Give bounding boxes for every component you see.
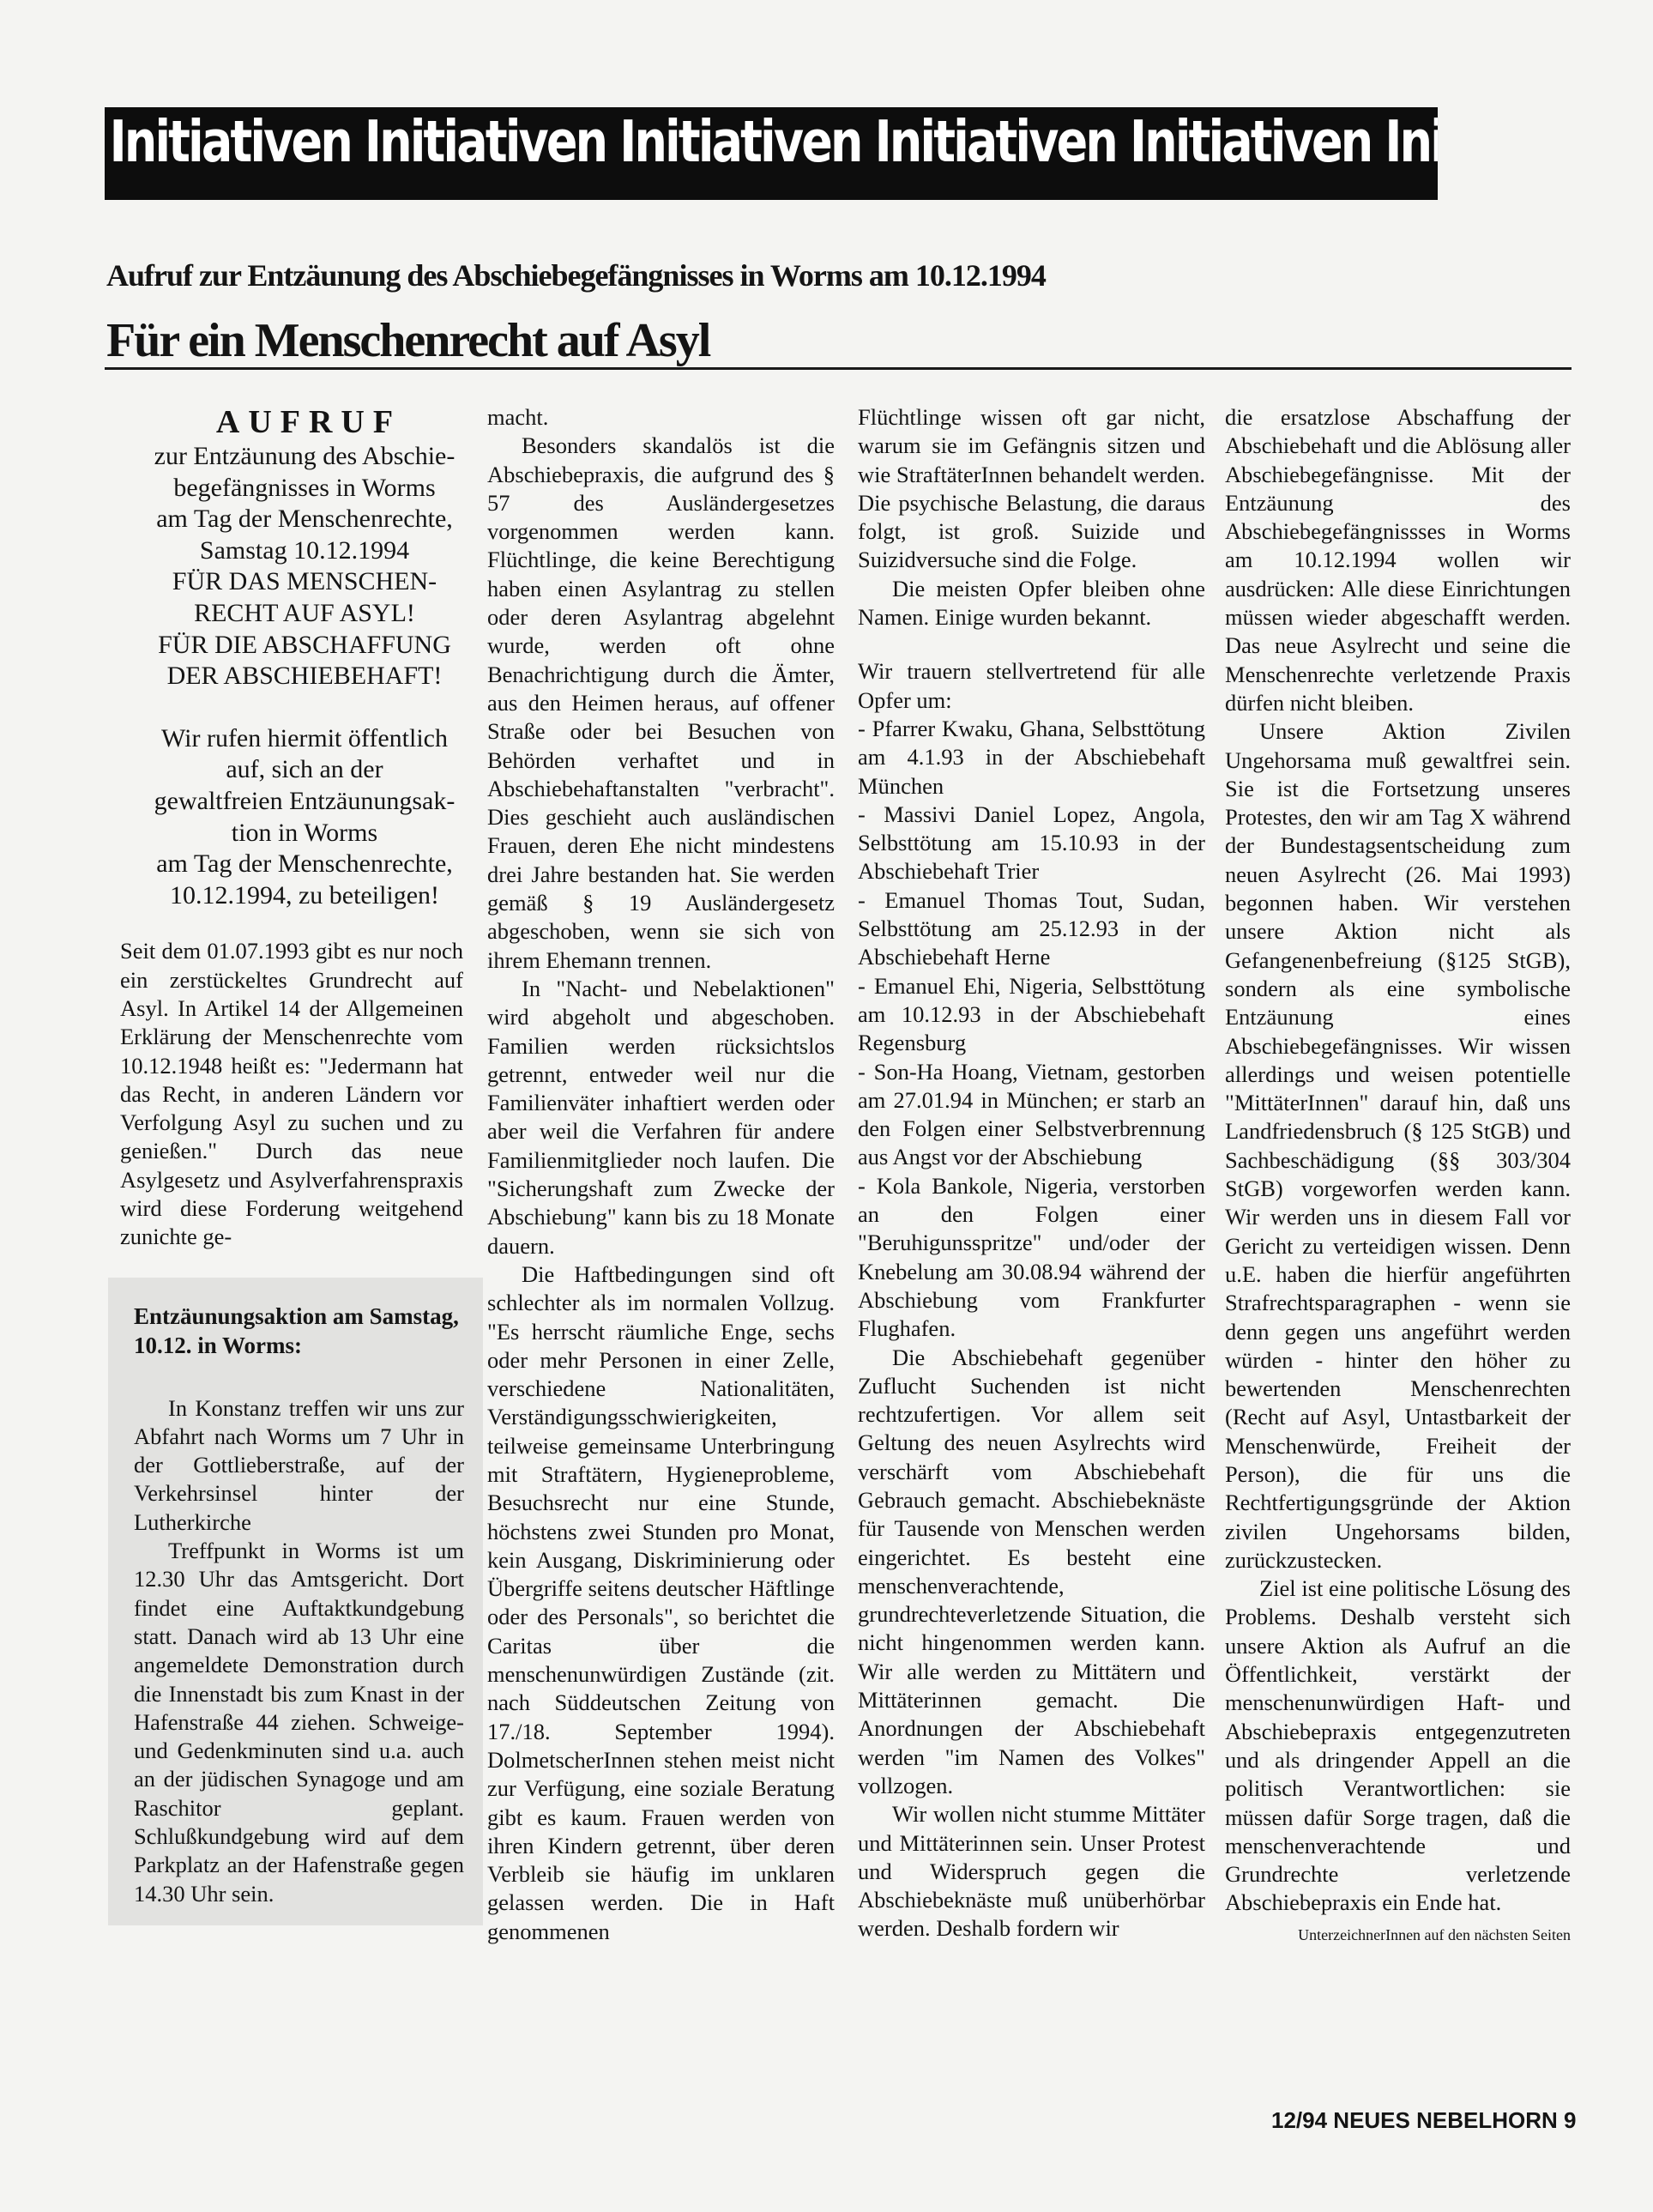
info-paragraph: Treffpunkt in Worms ist um 12.30 Uhr das… bbox=[134, 1537, 464, 1908]
aufruf-line: DER ABSCHIEBEHAFT! bbox=[146, 661, 463, 692]
aufruf-line: FÜR DIE ABSCHAFFUNG bbox=[146, 630, 463, 662]
body-paragraph: Die Haftbedingungen sind oft schlechter … bbox=[487, 1260, 835, 1946]
victim-item: - Kola Bankole, Nigeria, verstorben an d… bbox=[858, 1172, 1205, 1344]
body-paragraph: Die Abschiebehaft gegenüber Zuflucht Suc… bbox=[858, 1344, 1205, 1801]
body-paragraph: Wir wollen nicht stumme Mittäter und Mit… bbox=[858, 1800, 1205, 1943]
aufruf-line: begefängnisses in Worms bbox=[146, 473, 463, 505]
call-line: gewaltfreien Entzäunungsak- bbox=[146, 786, 463, 818]
body-paragraph: In "Nacht- und Nebelaktionen" wird abgeh… bbox=[487, 975, 835, 1260]
aufruf-line: Samstag 10.12.1994 bbox=[146, 535, 463, 567]
column-3: Flüchtlinge wissen oft gar nicht, warum … bbox=[858, 403, 1205, 1943]
spacer bbox=[146, 692, 463, 723]
signers-note: UnterzeichnerInnen auf den nächsten Seit… bbox=[1225, 1921, 1571, 1949]
aufruf-line: zur Entzäunung des Abschie- bbox=[146, 441, 463, 473]
call-line: Wir rufen hiermit öffentlich bbox=[146, 723, 463, 755]
info-box: Entzäunungsaktion am Samstag, 10.12. in … bbox=[108, 1278, 483, 1925]
victim-item: - Emanuel Thomas Tout, Sudan, Selbsttötu… bbox=[858, 886, 1205, 972]
body-paragraph: Flüchtlinge wissen oft gar nicht, warum … bbox=[858, 403, 1205, 575]
body-paragraph: Ziel ist eine politische Lösung des Prob… bbox=[1225, 1574, 1571, 1918]
call-line: am Tag der Menschenrechte, bbox=[146, 849, 463, 880]
body-paragraph: die ersatzlose Abschaffung der Abschiebe… bbox=[1225, 403, 1571, 717]
aufruf-line: FÜR DAS MENSCHEN- bbox=[146, 566, 463, 598]
body-paragraph: macht. bbox=[487, 403, 835, 432]
article-title: Für ein Menschenrecht auf Asyl bbox=[106, 313, 709, 368]
column-1: AUFRUF zur Entzäunung des Abschie- begef… bbox=[120, 403, 463, 1925]
info-box-heading: Entzäunungsaktion am Samstag, 10.12. in … bbox=[134, 1302, 464, 1360]
section-banner: Initiativen Initiativen Initiativen Init… bbox=[105, 107, 1438, 200]
aufruf-line: RECHT AUF ASYL! bbox=[146, 598, 463, 630]
aufruf-heading: AUFRUF bbox=[154, 403, 463, 441]
victim-item: - Pfarrer Kwaku, Ghana, Selbsttötung am … bbox=[858, 715, 1205, 801]
body-paragraph: Besonders skandalös ist die Abschiebepra… bbox=[487, 432, 835, 975]
info-paragraph: In Konstanz treffen wir uns zur Abfahrt … bbox=[134, 1394, 464, 1537]
body-paragraph: Die meisten Opfer bleiben ohne Namen. Ei… bbox=[858, 575, 1205, 632]
aufruf-block: zur Entzäunung des Abschie- begefängniss… bbox=[146, 441, 463, 911]
aufruf-line: am Tag der Menschenrechte, bbox=[146, 504, 463, 535]
column-2: macht. Besonders skandalös ist die Absch… bbox=[487, 403, 835, 1946]
page-footer: 12/94 NEUES NEBELHORN 9 bbox=[1271, 2107, 1576, 2134]
call-line: 10.12.1994, zu beteiligen! bbox=[146, 880, 463, 912]
intro-paragraph: Seit dem 01.07.1993 gibt es nur noch ein… bbox=[120, 937, 463, 1251]
call-line: tion in Worms bbox=[146, 818, 463, 849]
column-4: die ersatzlose Abschaffung der Abschiebe… bbox=[1225, 403, 1571, 1949]
victim-item: - Emanuel Ehi, Nigeria, Selbsttötung am … bbox=[858, 972, 1205, 1058]
victim-item: - Son-Ha Hoang, Vietnam, gestorben am 27… bbox=[858, 1058, 1205, 1172]
article-subtitle: Aufruf zur Entzäunung des Abschiebegefän… bbox=[106, 257, 1046, 293]
call-line: auf, sich an der bbox=[146, 754, 463, 786]
spacer bbox=[858, 632, 1205, 657]
body-paragraph: Unsere Aktion Zivilen Ungehorsama muß ge… bbox=[1225, 717, 1571, 1574]
banner-text: Initiativen Initiativen Initiativen Init… bbox=[110, 107, 1438, 181]
mourn-intro: Wir trauern stellvertretend für alle Opf… bbox=[858, 657, 1205, 715]
title-rule bbox=[105, 367, 1572, 370]
victim-item: - Massivi Daniel Lopez, Angola, Selbsttö… bbox=[858, 801, 1205, 886]
